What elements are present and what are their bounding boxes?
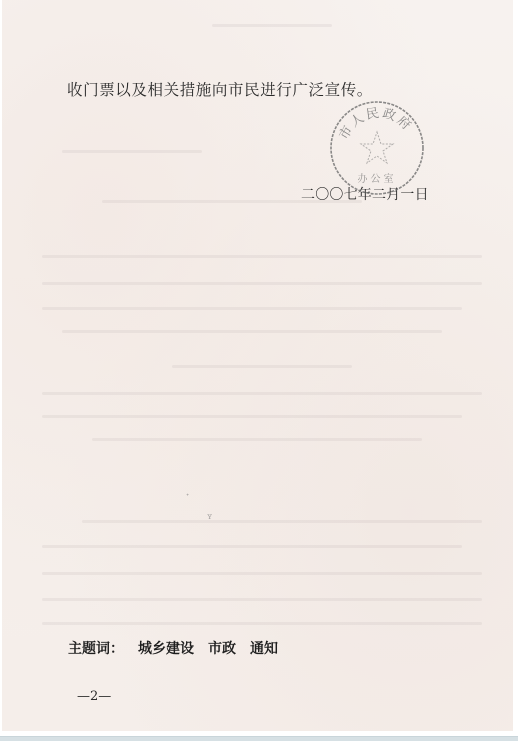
body-text: 收门票以及相关措施向市民进行广泛宣传。 <box>67 78 373 100</box>
bleed-through-mark <box>42 282 482 285</box>
bleed-through-mark <box>92 438 422 441</box>
keyword: 市政 <box>208 641 236 657</box>
viewer-bottom-bar <box>0 736 518 741</box>
bleed-through-mark <box>42 392 482 395</box>
keyword: 通知 <box>250 641 278 657</box>
document-viewer: ᐩ ʏ 收门票以及相关措施向市民进行广泛宣传。 二〇〇七年二月一日 市人民政府 … <box>0 0 518 741</box>
bleed-through-mark <box>42 415 462 418</box>
keywords-label: 主题词： <box>68 641 124 657</box>
bleed-through-mark <box>172 365 352 368</box>
ink-speck: ʏ <box>207 512 212 521</box>
bleed-through-mark <box>62 330 442 333</box>
seal-top-text: 市人民政府 <box>337 106 415 143</box>
keyword: 城乡建设 <box>138 641 194 657</box>
svg-text:市人民政府: 市人民政府 <box>337 106 415 143</box>
bleed-through-mark <box>42 598 482 601</box>
bleed-through-mark <box>82 520 482 523</box>
bleed-through-mark <box>212 24 332 27</box>
ink-speck: ᐩ <box>186 492 189 501</box>
page-number: —2— <box>77 689 111 704</box>
official-seal: 市人民政府 办公室 <box>327 98 427 198</box>
bleed-through-mark <box>42 545 462 548</box>
issue-date: 二〇〇七年二月一日 <box>301 184 429 204</box>
bleed-through-mark <box>42 622 482 625</box>
bleed-through-mark <box>62 150 202 153</box>
scanned-page: ᐩ ʏ 收门票以及相关措施向市民进行广泛宣传。 二〇〇七年二月一日 市人民政府 … <box>2 0 513 731</box>
star-icon <box>361 132 393 163</box>
subject-keywords: 主题词：城乡建设市政通知 <box>68 638 278 658</box>
bleed-through-mark <box>42 255 482 258</box>
bleed-through-mark <box>42 307 462 310</box>
bleed-through-mark <box>42 572 482 575</box>
